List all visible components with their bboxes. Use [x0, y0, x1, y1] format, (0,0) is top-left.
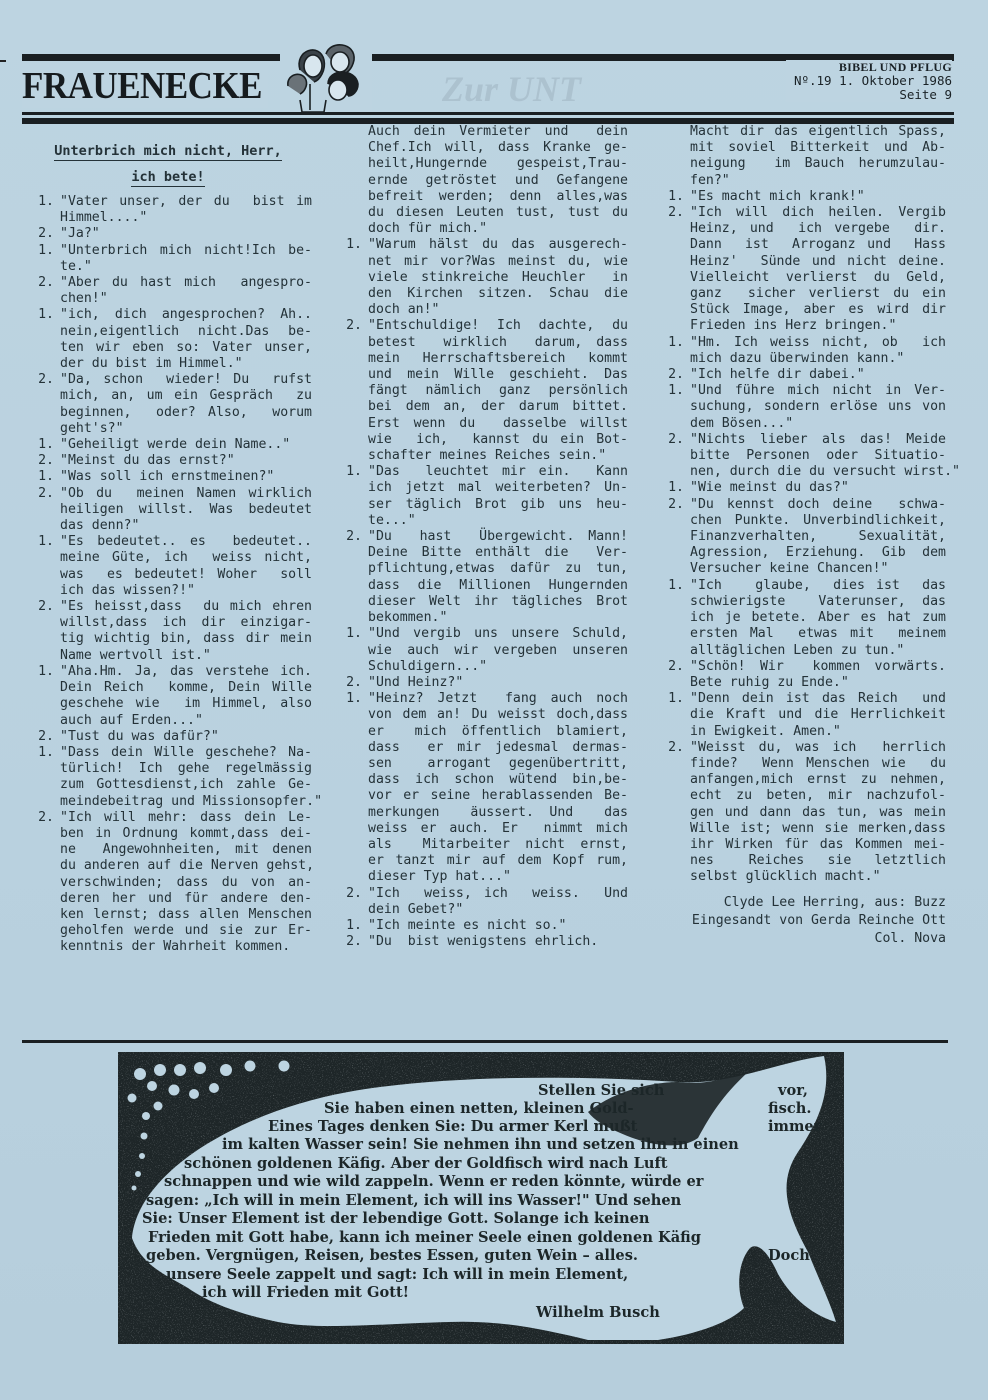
speaker-number: 1. — [24, 194, 60, 210]
line-text: dass ich schon wütend bin,be- — [368, 772, 628, 788]
line-text: viele stinkreiche Heuchler in — [368, 270, 628, 286]
line-text: "Ich helfe dir dabei." — [690, 367, 946, 383]
line-text: "Ob du meinen Namen wirklich — [60, 486, 312, 502]
line-text: betest wirklich darum, dass — [368, 335, 628, 351]
speaker-number: 2. — [24, 275, 60, 291]
speaker-number — [332, 335, 368, 351]
line-text: mit soviel Bitterkeit und Ab- — [690, 140, 946, 156]
speaker-number — [654, 853, 690, 869]
article-column-1: Unterbrich mich nicht, Herr, ich bete! 1… — [24, 124, 312, 956]
dialogue-line-speaker-1: 1."Und vergib uns unsere Schuld, — [332, 626, 628, 642]
line-text: "Schön! Wir kommen vorwärts. — [690, 659, 946, 675]
dialogue-line: Versucher keine Chancen!" — [654, 561, 946, 577]
line-text: türlich! Ich gehe regelmässig — [60, 761, 312, 777]
speaker-number — [332, 286, 368, 302]
dialogue-line-speaker-2: 2."Da, schon wieder! Du rufst — [24, 372, 312, 388]
speaker-number — [654, 610, 690, 626]
line-text: ganz sicher verlierst du ein — [690, 286, 946, 302]
line-text: "Denn dein ist das Reich und — [690, 691, 946, 707]
line-text: ich jetzt mal weiterbeten? Un- — [368, 480, 628, 496]
dialogue-line: merkungen äussert. Und das — [332, 805, 628, 821]
line-text: "Ich will dich heilen. Vergib — [690, 205, 946, 221]
dialogue-line: geschehe wie im Himmel, also — [24, 696, 312, 712]
line-text: Name wertvoll ist." — [60, 648, 312, 664]
quote-line: Sie: Unser Element ist der lebendige Got… — [142, 1210, 650, 1228]
edge-mark — [0, 60, 6, 62]
line-text: ersten Mal etwas mit meinem — [690, 626, 946, 642]
line-text: beginnen, oder? Also, worum — [60, 405, 312, 421]
line-text: selbst glücklich macht." — [690, 869, 946, 885]
speaker-number: 2. — [654, 205, 690, 221]
line-text: "Und vergib uns unsere Schuld, — [368, 626, 628, 642]
speaker-number: 2. — [332, 529, 368, 545]
quote-author: Wilhelm Busch — [536, 1304, 660, 1322]
speaker-number: 1. — [24, 437, 60, 453]
dialogue-line: net mir vor?Was meinst du, wie — [332, 254, 628, 270]
dialogue-line-speaker-2: 2."Nichts lieber als das! Meide — [654, 432, 946, 448]
dialogue-line: schafter meines Reiches sein." — [332, 448, 628, 464]
dialogue-line: er mich öffentlich blamiert, — [332, 724, 628, 740]
dialogue-line: Name wertvoll ist." — [24, 648, 312, 664]
speaker-number: 2. — [332, 318, 368, 334]
line-text: Finanzverhalten, Sexualität, — [690, 529, 946, 545]
section-divider — [22, 1040, 948, 1043]
dialogue-line: anfangen,mich ernst zu nehmen, — [654, 772, 946, 788]
dialogue-line: als Mitarbeiter nicht ernst, — [332, 837, 628, 853]
speaker-number: 1. — [332, 626, 368, 642]
line-text: ten wir eben so: Vater unser, — [60, 340, 312, 356]
dialogue-line: dein Gebet?" — [332, 902, 628, 918]
dialogue-line: ernde getröstet und Gefangene — [332, 173, 628, 189]
speaker-number — [332, 805, 368, 821]
speaker-number — [332, 837, 368, 853]
dialogue-line-speaker-1: 1."Es bedeutet.. es bedeutet.. — [24, 534, 312, 550]
speaker-number — [332, 578, 368, 594]
bleed-through-text: Zur UNT — [442, 68, 581, 110]
speaker-number — [332, 545, 368, 561]
speaker-number — [654, 545, 690, 561]
credit-submitter: Eingesandt von Gerda Reinche Ott — [654, 912, 946, 930]
speaker-number — [24, 210, 60, 226]
dialogue-line: bei dem an, der darum bittet. — [332, 399, 628, 415]
line-text: "Heinz? Jetzt fang auch noch — [368, 691, 628, 707]
line-text: "Das leuchtet mir ein. Kann — [368, 464, 628, 480]
dialogue-line: zum Gottesdienst,ich zahle Ge- — [24, 777, 312, 793]
dialogue-line: in Ewigkeit. Amen." — [654, 724, 946, 740]
speaker-number — [654, 756, 690, 772]
speaker-number: 1. — [332, 237, 368, 253]
line-text: wie auch wir vergeben unseren — [368, 643, 628, 659]
speaker-number — [654, 286, 690, 302]
line-text: befreit werden; denn alles,was — [368, 189, 628, 205]
quote-line: schönen goldenen Käfig. Aber der Goldfis… — [184, 1155, 668, 1173]
speaker-number — [654, 821, 690, 837]
speaker-number: 1. — [654, 578, 690, 594]
speaker-number: 2. — [24, 599, 60, 615]
dialogue-line: Auch dein Vermieter und dein — [332, 124, 628, 140]
line-text: "Du kennst doch deine schwa- — [690, 497, 946, 513]
dialogue-line: ich das wissen?!" — [24, 583, 312, 599]
dialogue-line: vor er seine herablassenden Be- — [332, 788, 628, 804]
dialogue-line: nes Reiches sie letztlich — [654, 853, 946, 869]
dialogue-line: was es bedeutet! Woher soll — [24, 567, 312, 583]
speaker-number — [332, 821, 368, 837]
line-text: dieser Typ hat..." — [368, 869, 628, 885]
line-text: die Kraft und die Herrlichkeit — [690, 707, 946, 723]
line-text: dieser Welt ihr tägliches Brot — [368, 594, 628, 610]
dialogue-line: auch auf Erden..." — [24, 713, 312, 729]
speaker-number — [332, 140, 368, 156]
speaker-number — [24, 502, 60, 518]
dialogue-line: den Kirchen sitzen. Schau die — [332, 286, 628, 302]
speaker-number — [24, 583, 60, 599]
dialogue-line: sen arrogant gegenübertritt, — [332, 756, 628, 772]
dialogue-line: dass die Millionen Hungernden — [332, 578, 628, 594]
line-text: der du bist im Himmel." — [60, 356, 312, 372]
dialogue-line: ne Angewohnheiten, mit denen — [24, 842, 312, 858]
speaker-number — [654, 318, 690, 334]
speaker-number: 2. — [332, 886, 368, 902]
dialogue-line: nen, durch die du versucht wirst." — [654, 464, 946, 480]
line-text: geholfen werde und sie zur Er- — [60, 923, 312, 939]
line-text: "Meinst du das ernst?" — [60, 453, 312, 469]
speaker-number — [654, 626, 690, 642]
speaker-number — [654, 351, 690, 367]
line-text: "Tust du was dafür?" — [60, 729, 312, 745]
line-text: vor er seine herablassenden Be- — [368, 788, 628, 804]
line-text: nein,eigentlich nicht.Das be- — [60, 324, 312, 340]
quote-line: immer — [768, 1118, 821, 1136]
dialogue-list: Auch dein Vermieter und deinChef.Ich wil… — [332, 124, 628, 950]
goldfish-quote-text: Wilhelm Busch Stellen Sie sichvor,Sie ha… — [118, 1052, 844, 1344]
speaker-number — [654, 869, 690, 885]
dialogue-line: willst,dass ich dir einzigar- — [24, 615, 312, 631]
speaker-number — [654, 464, 690, 480]
dialogue-line: Dein Reich komme, Dein Wille — [24, 680, 312, 696]
speaker-number — [332, 399, 368, 415]
speaker-number — [332, 772, 368, 788]
line-text: und mein Wille geschieht. Das — [368, 367, 628, 383]
article-title-line-2: ich bete! — [131, 169, 204, 187]
speaker-number: 2. — [654, 497, 690, 513]
dialogue-line: fängt nämlich ganz persönlich — [332, 383, 628, 399]
dialogue-line-speaker-1: 1."Geheiligt werde dein Name.." — [24, 437, 312, 453]
speaker-number: 1. — [24, 664, 60, 680]
article-credit: Clyde Lee Herring, aus: Buzz Eingesandt … — [654, 894, 946, 948]
speaker-number: 1. — [332, 918, 368, 934]
dialogue-line: selbst glücklich macht." — [654, 869, 946, 885]
dialogue-line-speaker-2: 2."Und Heinz?" — [332, 675, 628, 691]
dialogue-line: bekommen." — [332, 610, 628, 626]
speaker-number — [654, 594, 690, 610]
speaker-number — [654, 788, 690, 804]
line-text: Chef.Ich will, dass Kranke ge- — [368, 140, 628, 156]
speaker-number — [332, 902, 368, 918]
speaker-number — [24, 923, 60, 939]
dialogue-line: der du bist im Himmel." — [24, 356, 312, 372]
line-text: "Unterbrich mich nicht!Ich be- — [60, 243, 312, 259]
speaker-number — [24, 777, 60, 793]
line-text: geht's?" — [60, 421, 312, 437]
speaker-number — [24, 356, 60, 372]
line-text: ken lernst; dass allen Menschen — [60, 907, 312, 923]
dialogue-line: Vielleicht verlierst du Geld, — [654, 270, 946, 286]
speaker-number — [24, 518, 60, 534]
masthead: Zur UNT FRAUENECKE BIBEL UND PFLUG Nº. — [22, 48, 954, 118]
line-text: chen Punkte. Unverbindlichkeit, — [690, 513, 946, 529]
line-text: er mich öffentlich blamiert, — [368, 724, 628, 740]
speaker-number: 1. — [24, 243, 60, 259]
line-text: dem Bösen..." — [690, 416, 946, 432]
line-text: deren her und für andere den- — [60, 891, 312, 907]
line-text: du anderen auf die Nerven gehst, — [60, 858, 314, 874]
speaker-number — [24, 340, 60, 356]
line-text: Dann ist Arroganz und Hass — [690, 237, 946, 253]
line-text: anfangen,mich ernst zu nehmen, — [690, 772, 946, 788]
line-text: auch auf Erden..." — [60, 713, 312, 729]
dialogue-line: Chef.Ich will, dass Kranke ge- — [332, 140, 628, 156]
dialogue-line-speaker-1: 1."Denn dein ist das Reich und — [654, 691, 946, 707]
line-text: "Weisst du, was ich herrlich — [690, 740, 946, 756]
dialogue-line-speaker-2: 2."Entschuldige! Ich dachte, du — [332, 318, 628, 334]
article-title: Unterbrich mich nicht, Herr, ich bete! — [24, 138, 312, 190]
dialogue-line: kenntnis der Wahrheit kommen. — [24, 939, 312, 955]
speaker-number — [332, 416, 368, 432]
speaker-number — [654, 724, 690, 740]
dialogue-line-speaker-2: 2."Es heisst,dass du mich ehren — [24, 599, 312, 615]
speaker-number — [332, 659, 368, 675]
dialogue-line: mit soviel Bitterkeit und Ab- — [654, 140, 946, 156]
publication-info: BIBEL UND PFLUG Nº.19 1. Oktober 1986 Se… — [786, 60, 952, 102]
dialogue-line: verschwinden; dass du von an- — [24, 875, 312, 891]
line-text: "Aber du hast mich angespro- — [60, 275, 312, 291]
dialogue-line-speaker-1: 1."Warum hälst du das ausgerech- — [332, 237, 628, 253]
dialogue-line: von dem an! Du weisst doch,dass — [332, 707, 628, 723]
speaker-number — [332, 707, 368, 723]
speaker-number: 1. — [654, 480, 690, 496]
line-text: das denn?" — [60, 518, 312, 534]
article-column-2: Auch dein Vermieter und deinChef.Ich wil… — [332, 124, 628, 950]
dialogue-line: bitte Personen oder Situatio- — [654, 448, 946, 464]
dialogue-line: ken lernst; dass allen Menschen — [24, 907, 312, 923]
speaker-number: 2. — [24, 810, 60, 826]
line-text: "Es macht mich krank!" — [690, 189, 946, 205]
line-text: geschehe wie im Himmel, also — [60, 696, 312, 712]
dialogue-line: ersten Mal etwas mit meinem — [654, 626, 946, 642]
dialogue-line: betest wirklich darum, dass — [332, 335, 628, 351]
dialogue-line: meine Güte, ich weiss nicht, — [24, 550, 312, 566]
dialogue-line: Erst wenn du dasselbe willst — [332, 416, 628, 432]
dialogue-line-speaker-1: 1."Wie meinst du das?" — [654, 480, 946, 496]
line-text: Agression, Erziehung. Gib dem — [690, 545, 946, 561]
dialogue-line: Schuldigern..." — [332, 659, 628, 675]
dialogue-line-speaker-1: 1."Ich glaube, dies ist das — [654, 578, 946, 594]
speaker-number — [24, 405, 60, 421]
line-text: merkungen äussert. Und das — [368, 805, 628, 821]
line-text: Versucher keine Chancen!" — [690, 561, 946, 577]
dialogue-line: ser täglich Brot gib uns heu- — [332, 497, 628, 513]
speaker-number — [654, 837, 690, 853]
speaker-number — [332, 740, 368, 756]
dialogue-line-speaker-1: 1."ich, dich angesprochen? Ah.. — [24, 307, 312, 323]
line-text: "Wie meinst du das?" — [690, 480, 946, 496]
dialogue-line: ihr Wirken für das Kommen mei- — [654, 837, 946, 853]
issue-date: Nº.19 1. Oktober 1986 — [794, 74, 952, 88]
speaker-number — [24, 388, 60, 404]
line-text: doch für mich." — [368, 221, 628, 237]
line-text: er tanzt mir auf dem Kopf rum, — [368, 853, 628, 869]
speaker-number — [24, 550, 60, 566]
dialogue-line: ten wir eben so: Vater unser, — [24, 340, 312, 356]
speaker-number — [332, 254, 368, 270]
dialogue-list: 1."Vater unser, der du bist imHimmel....… — [24, 194, 312, 956]
speaker-number — [654, 448, 690, 464]
line-text: bei dem an, der darum bittet. — [368, 399, 628, 415]
speaker-number: 1. — [24, 469, 60, 485]
masthead-bottom-rule-thin — [22, 112, 954, 115]
line-text: "Und Heinz?" — [368, 675, 628, 691]
speaker-number — [654, 254, 690, 270]
line-text: "Ich weiss, ich weiss. Und — [368, 886, 628, 902]
line-text: "Aha.Hm. Ja, das verstehe ich. — [60, 664, 312, 680]
line-text: Himmel...." — [60, 210, 312, 226]
line-text: finde? Wenn Menschen wie du — [690, 756, 946, 772]
dialogue-line: doch für mich." — [332, 221, 628, 237]
speaker-number — [24, 291, 60, 307]
line-text: Schuldigern..." — [368, 659, 628, 675]
speaker-number — [24, 567, 60, 583]
dialogue-line: Himmel...." — [24, 210, 312, 226]
dialogue-line: Finanzverhalten, Sexualität, — [654, 529, 946, 545]
dialogue-line: mich dazu überwinden kann." — [654, 351, 946, 367]
quote-line: sagen: „Ich will in mein Element, ich wi… — [146, 1192, 681, 1210]
dialogue-line-speaker-2: 2."Ob du meinen Namen wirklich — [24, 486, 312, 502]
dialogue-line-speaker-2: 2."Tust du was dafür?" — [24, 729, 312, 745]
dialogue-line-speaker-1: 1."Unterbrich mich nicht!Ich be- — [24, 243, 312, 259]
speaker-number — [332, 756, 368, 772]
dialogue-line: neigung im Bauch herumzulau- — [654, 156, 946, 172]
line-text: Deine Bitte enthält die Ver- — [368, 545, 628, 561]
speaker-number — [332, 270, 368, 286]
speaker-number: 2. — [332, 934, 368, 950]
line-text: net mir vor?Was meinst du, wie — [368, 254, 628, 270]
dialogue-line-speaker-2: 2."Du bist wenigstens ehrlich. — [332, 934, 628, 950]
article-title-line-1: Unterbrich mich nicht, Herr, — [54, 143, 282, 161]
speaker-number — [332, 643, 368, 659]
dialogue-line: Stück Image, aber es wird dir — [654, 302, 946, 318]
speaker-number: 2. — [24, 729, 60, 745]
dialogue-line: du diesen Leuten tust, tust du — [332, 205, 628, 221]
line-text: gen und dann das tun, was mein — [690, 805, 946, 821]
line-text: mich, an, um ein Gespräch zu — [60, 388, 312, 404]
line-text: ne Angewohnheiten, mit denen — [60, 842, 312, 858]
dialogue-line: viele stinkreiche Heuchler in — [332, 270, 628, 286]
line-text: "ich, dich angesprochen? Ah.. — [60, 307, 312, 323]
line-text: zum Gottesdienst,ich zahle Ge- — [60, 777, 312, 793]
dialogue-line: befreit werden; denn alles,was — [332, 189, 628, 205]
line-text: bitte Personen oder Situatio- — [690, 448, 946, 464]
dialogue-line-speaker-2: 2."Schön! Wir kommen vorwärts. — [654, 659, 946, 675]
line-text: dass die Millionen Hungernden — [368, 578, 628, 594]
quote-line: fisch. — [768, 1100, 811, 1118]
section-title: FRAUENECKE — [22, 64, 268, 107]
dialogue-line: suchung, sondern erlöse uns von — [654, 399, 946, 415]
line-text: suchung, sondern erlöse uns von — [690, 399, 946, 415]
speaker-number — [654, 675, 690, 691]
speaker-number — [24, 858, 60, 874]
line-text: tig wichtig bin, dass dir mein — [60, 631, 312, 647]
speaker-number — [332, 432, 368, 448]
line-text: "Hm. Ich weiss nicht, ob ich — [690, 335, 946, 351]
line-text: ihr Wirken für das Kommen mei- — [690, 837, 946, 853]
dialogue-line-speaker-2: 2."Du kennst doch deine schwa- — [654, 497, 946, 513]
quote-line: Sie haben einen netten, kleinen Gold- — [324, 1100, 634, 1118]
line-text: Wille ist; wenn sie merken,dass — [690, 821, 946, 837]
line-text: bekommen." — [368, 610, 628, 626]
dialogue-line-speaker-2: 2."Ich will dich heilen. Vergib — [654, 205, 946, 221]
dialogue-line: Dann ist Arroganz und Hass — [654, 237, 946, 253]
speaker-number: 2. — [24, 486, 60, 502]
line-text: Erst wenn du dasselbe willst — [368, 416, 628, 432]
speaker-number — [332, 561, 368, 577]
line-text: heilt,Hungernde gespeist,Trau- — [368, 156, 628, 172]
speaker-number — [332, 351, 368, 367]
dialogue-line: geholfen werde und sie zur Er- — [24, 923, 312, 939]
dialogue-line-speaker-1: 1."Und führe mich nicht in Ver- — [654, 383, 946, 399]
speaker-number — [332, 610, 368, 626]
dialogue-line: fen?" — [654, 173, 946, 189]
line-text: "Es heisst,dass du mich ehren — [60, 599, 312, 615]
speaker-number — [654, 513, 690, 529]
dialogue-line: ich je betete. Aber es hat zum — [654, 610, 946, 626]
dialogue-line: heiligen willst. Was bedeutet — [24, 502, 312, 518]
dialogue-line: ganz sicher verlierst du ein — [654, 286, 946, 302]
credit-author: Clyde Lee Herring, aus: Buzz — [654, 894, 946, 912]
goldfish-quote-box: Wilhelm Busch Stellen Sie sichvor,Sie ha… — [118, 1052, 844, 1344]
line-text: "Was soll ich ernstmeinen?" — [60, 469, 312, 485]
page-number: Seite 9 — [794, 88, 952, 102]
dialogue-line: das denn?" — [24, 518, 312, 534]
speaker-number: 2. — [24, 372, 60, 388]
line-text: Heinz' Sünde und nicht deine. — [690, 254, 946, 270]
line-text: "Du hast Übergewicht. Mann! — [368, 529, 628, 545]
dialogue-line: tig wichtig bin, dass dir mein — [24, 631, 312, 647]
speaker-number — [24, 794, 60, 810]
speaker-number — [654, 529, 690, 545]
speaker-number — [654, 643, 690, 659]
line-text: wie ich, kannst du ein Bot- — [368, 432, 628, 448]
dialogue-line: weiss er auch. Er nimmt mich — [332, 821, 628, 837]
line-text: weiss er auch. Er nimmt mich — [368, 821, 628, 837]
speaker-number — [24, 648, 60, 664]
dialogue-line-speaker-2: 2."Ich helfe dir dabei." — [654, 367, 946, 383]
speaker-number — [654, 399, 690, 415]
line-text: dass er mir jedesmal dermas- — [368, 740, 628, 756]
dialogue-line: mich, an, um ein Gespräch zu — [24, 388, 312, 404]
speaker-number — [332, 302, 368, 318]
dialogue-line-speaker-2: 2."Du hast Übergewicht. Mann! — [332, 529, 628, 545]
speaker-number: 2. — [332, 675, 368, 691]
speaker-number: 2. — [654, 740, 690, 756]
dialogue-line-speaker-2: 2."Ich weiss, ich weiss. Und — [332, 886, 628, 902]
dialogue-line: gen und dann das tun, was mein — [654, 805, 946, 821]
dialogue-line-speaker-1: 1."Das leuchtet mir ein. Kann — [332, 464, 628, 480]
quote-line: vor, — [778, 1082, 808, 1100]
dialogue-line-speaker-1: 1."Heinz? Jetzt fang auch noch — [332, 691, 628, 707]
dialogue-line-speaker-2: 2."Ich will mehr: dass dein Le- — [24, 810, 312, 826]
quote-line: Doch — [768, 1247, 810, 1265]
dialogue-line: meindebeitrag und Missionsopfer." — [24, 794, 312, 810]
